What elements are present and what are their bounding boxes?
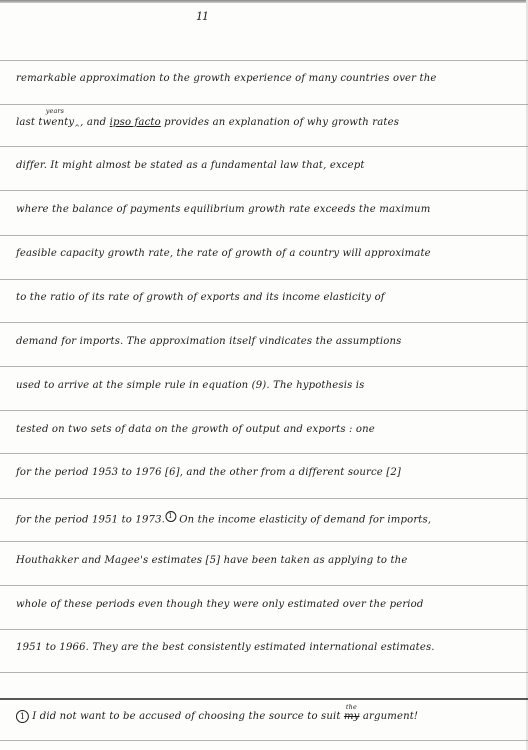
ruled-line [0,498,528,499]
text-line-14: 1951 to 1966. They are the best consiste… [16,642,516,653]
ruled-line [0,410,528,411]
text-line-9: tested on two sets of data on the growth… [16,424,516,435]
insertion-the: the [346,703,357,711]
insertion-years: years [46,107,64,115]
ruled-line [0,366,528,367]
text-line-8: used to arrive at the simple rule in equ… [16,380,516,391]
page-number: 11 [196,10,208,23]
ipso-facto-underlined: ipso facto [110,117,161,128]
footnote-text: 1 I did not want to be accused of choosi… [16,710,516,723]
text-line-6: to the ratio of its rate of growth of ex… [16,292,516,303]
page-top-edge [0,0,528,3]
ruled-line [0,190,528,191]
ruled-line [0,322,528,323]
text-line-3: differ. It might almost be stated as a f… [16,160,516,171]
ruled-line [0,60,528,61]
text-line-5: feasible capacity growth rate, the rate … [16,248,516,259]
text-line-4: where the balance of payments equilibriu… [16,204,516,215]
text-line-10: for the period 1953 to 1976 [6], and the… [16,467,516,478]
line2-before: last twentyyears [16,117,74,128]
struck-word: my [344,711,360,722]
ruled-line [0,104,528,105]
ruled-line [0,740,528,741]
ruled-line [0,279,528,280]
footnote-marker: 1 [165,511,176,522]
ruled-line [0,235,528,236]
text-line-11: for the period 1951 to 1973.1 On the inc… [16,511,516,525]
text-line-13: whole of these periods even though they … [16,599,516,610]
ruled-line [0,541,528,542]
ruled-line [0,629,528,630]
footnote-number: 1 [16,710,29,723]
text-line-7: demand for imports. The approximation it… [16,336,516,347]
ruled-line [0,146,528,147]
ruled-line [0,453,528,454]
text-line-1: remarkable approximation to the growth e… [16,73,516,84]
ruled-line [0,672,528,673]
footnote-separator [0,698,528,700]
insertion-caret: ^ [74,124,80,132]
text-line-12: Houthakker and Magee's estimates [5] hav… [16,555,516,566]
text-line-2: last twentyyears^, and ipso facto provid… [16,117,516,128]
ruled-line [0,585,528,586]
